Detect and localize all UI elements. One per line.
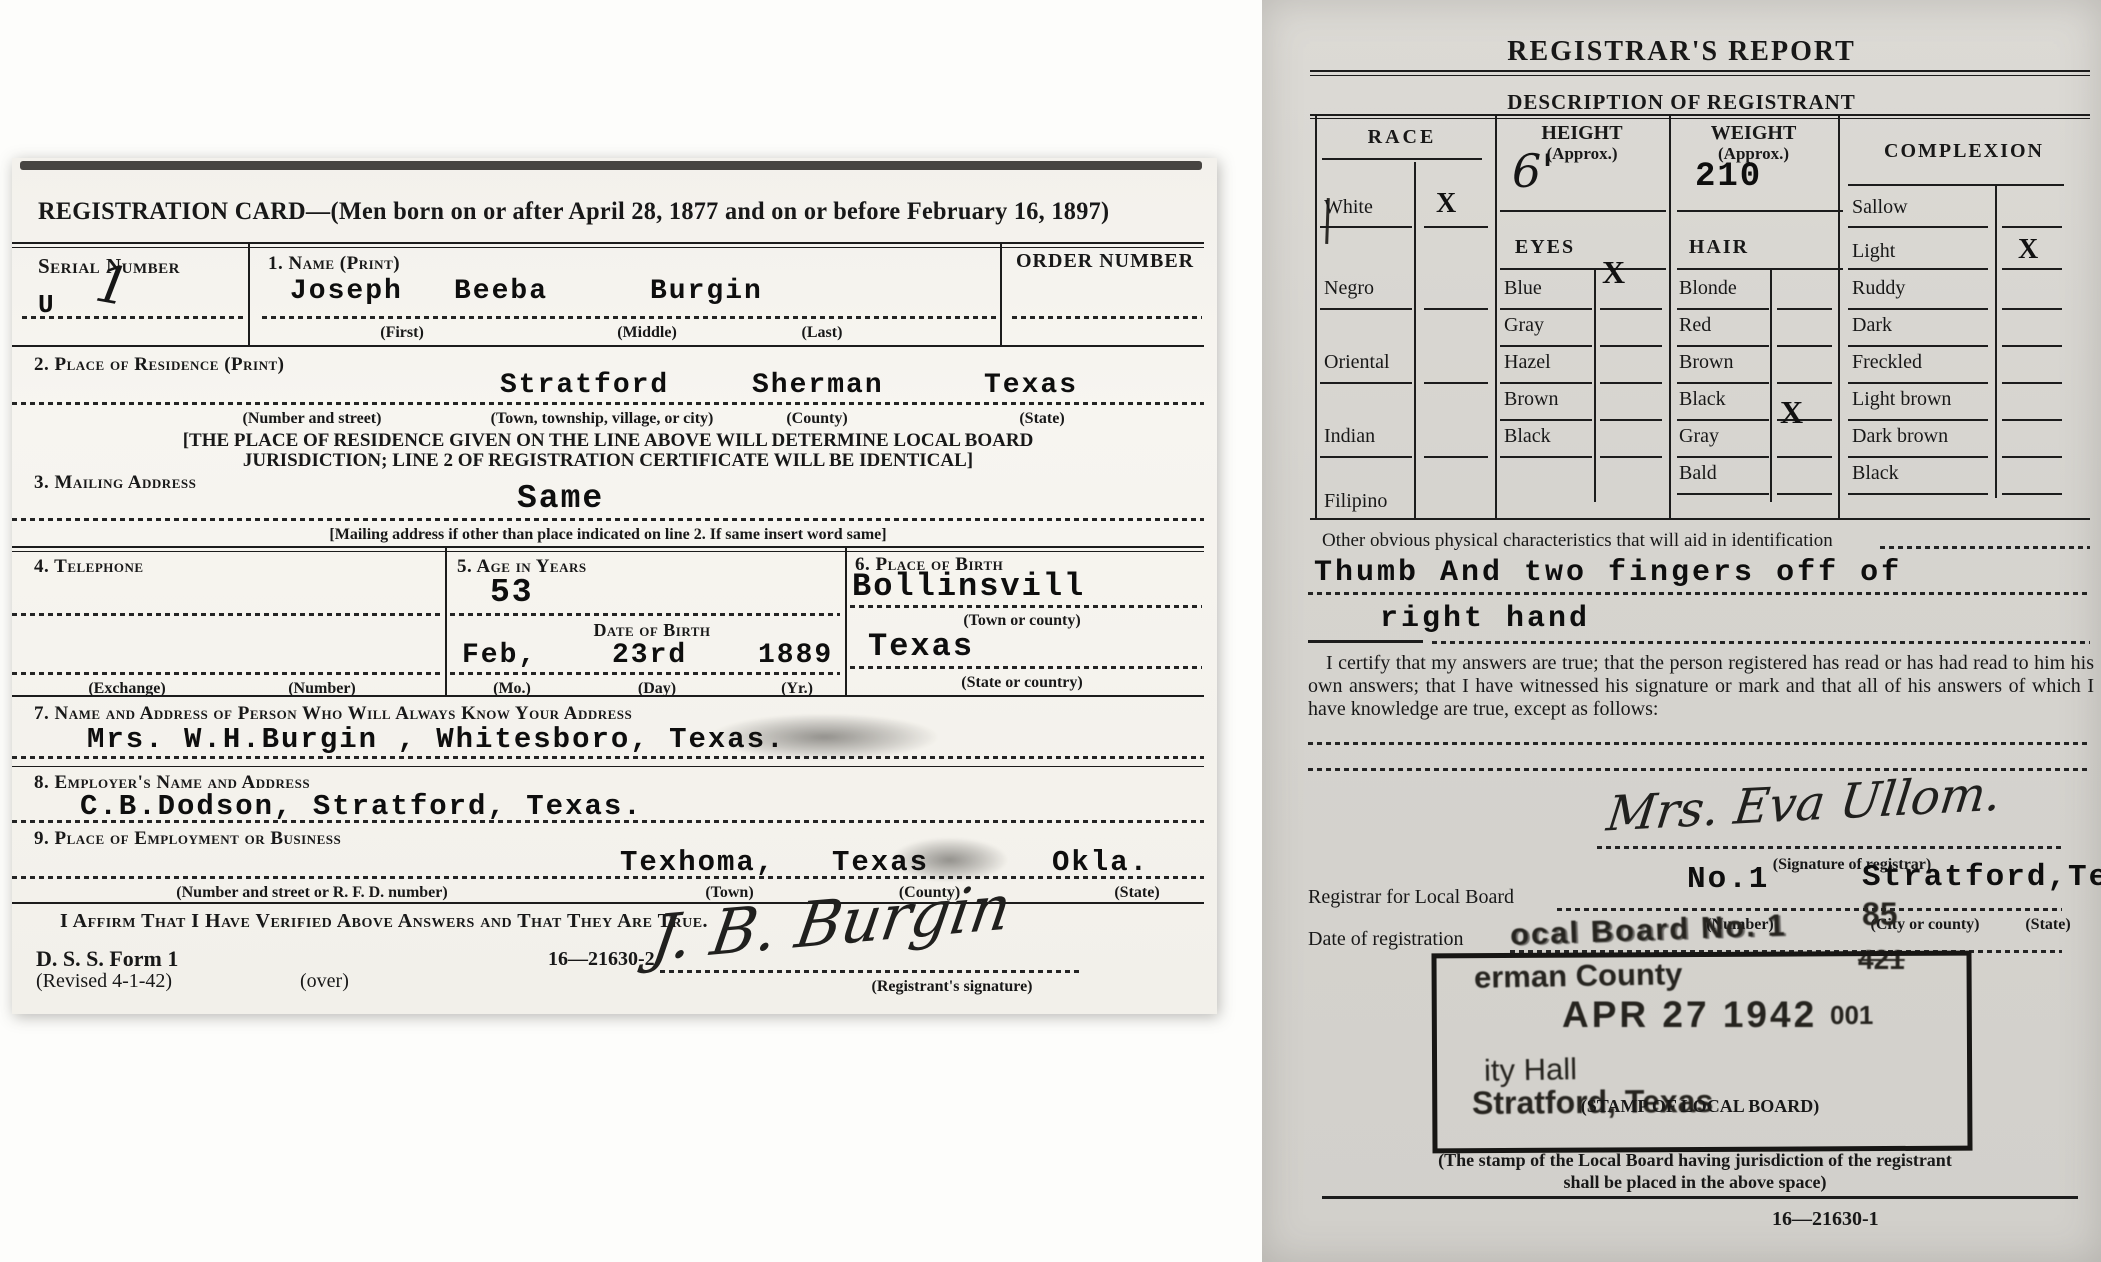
double-rule xyxy=(1310,70,2090,72)
cell-underline xyxy=(1777,456,1832,458)
registration-card: REGISTRATION CARD—(Men born on or after … xyxy=(12,158,1217,1014)
stamp-city-hall-line: ity Hall xyxy=(1484,1051,1578,1089)
weight-header: WEIGHT xyxy=(1669,122,1838,145)
mailing-sublabel: [Mailing address if other than place ind… xyxy=(12,526,1204,544)
race-mark-divider xyxy=(1414,162,1416,518)
cell-underline xyxy=(1848,308,1988,310)
cell-underline xyxy=(1677,493,1769,495)
eyes-row-black: Black xyxy=(1504,425,1551,448)
eyes-header-underline xyxy=(1500,268,1666,270)
double-rule xyxy=(12,546,1204,548)
dob-month-value: Feb, xyxy=(462,640,537,671)
table-bottom-rule xyxy=(1310,518,2090,520)
complexion-row-freckled: Freckled xyxy=(1852,351,1922,374)
row-rule xyxy=(12,345,1204,347)
dotted-rule xyxy=(12,613,440,616)
ink-smudge xyxy=(712,714,937,760)
cell-underline xyxy=(1848,382,1988,384)
mailing-address-value: Same xyxy=(517,480,604,517)
cell-underline xyxy=(1320,382,1412,384)
scanned-draft-card-page: REGISTRAR'S REPORT DESCRIPTION OF REGIST… xyxy=(0,0,2101,1262)
cell-underline xyxy=(1500,345,1592,347)
cell-underline xyxy=(2002,419,2062,421)
board-label: Registrar for Local Board xyxy=(1308,886,1514,909)
cell-underline xyxy=(1848,419,1988,421)
other-characteristics-line2: right hand xyxy=(1380,602,1590,636)
hair-row-bald: Bald xyxy=(1679,462,1717,485)
eyes-blue-checkmark: X xyxy=(1602,254,1625,291)
dotted-rule xyxy=(1308,742,2090,745)
dotted-rule xyxy=(12,876,1204,879)
cell-underline xyxy=(1848,226,1988,228)
cell-underline xyxy=(1848,456,1988,458)
eyes-row-hazel: Hazel xyxy=(1504,351,1551,374)
eyes-header: EYES xyxy=(1495,236,1595,259)
hair-row-gray: Gray xyxy=(1679,425,1719,448)
dotted-rule xyxy=(12,402,1204,405)
dotted-rule xyxy=(12,820,1204,823)
other-characteristics-line1: Thumb And two fingers off of xyxy=(1314,556,1902,590)
card-print-code: 16—21630-2 xyxy=(548,948,655,971)
employment-town-value: Texhoma, xyxy=(620,846,775,879)
cell-underline xyxy=(1848,493,1988,495)
complexion-row-ruddy: Ruddy xyxy=(1852,277,1905,300)
complexion-row-dark-brown: Dark brown xyxy=(1852,425,1948,448)
hair-row-red: Red xyxy=(1679,314,1711,337)
residence-state-value: Texas xyxy=(984,370,1078,401)
solid-rule xyxy=(1308,640,1423,643)
dotted-rule xyxy=(12,518,1204,521)
dotted-rule xyxy=(450,613,840,616)
table-top-rule xyxy=(1310,114,2090,116)
cell-underline xyxy=(2002,345,2062,347)
dotted-rule xyxy=(22,316,244,319)
cell-underline xyxy=(1600,382,1662,384)
cell-underline xyxy=(1424,382,1488,384)
eyes-row-gray: Gray xyxy=(1504,314,1544,337)
hair-row-brown: Brown xyxy=(1679,351,1733,374)
hair-gray-checkmark: X xyxy=(1780,394,1803,431)
cell-underline xyxy=(1777,308,1832,310)
dotted-rule xyxy=(1557,908,2062,911)
cell-underline xyxy=(1677,308,1769,310)
birthplace-sub-state: (State or country) xyxy=(882,674,1162,692)
cell-underline xyxy=(1677,456,1769,458)
over-note: (over) xyxy=(300,970,349,993)
column-divider xyxy=(248,242,250,345)
report-subtitle: DESCRIPTION OF REGISTRANT xyxy=(1262,90,2101,115)
dotted-rule xyxy=(12,672,440,675)
cell-underline xyxy=(1424,456,1488,458)
race-height-divider xyxy=(1495,114,1497,518)
registration-date-label: Date of registration xyxy=(1308,928,1464,951)
name-sub-middle: (Middle) xyxy=(587,324,707,342)
cell-underline xyxy=(1500,419,1592,421)
double-rule xyxy=(12,247,1204,248)
cell-underline xyxy=(1600,456,1662,458)
dotted-rule xyxy=(1880,546,2090,549)
cell-underline xyxy=(1677,419,1769,421)
residence-sub-town: (Town, township, village, or city) xyxy=(442,410,762,428)
dob-year-value: 1889 xyxy=(758,640,833,671)
weight-underline xyxy=(1677,210,1843,212)
bottom-rule xyxy=(1322,1196,2078,1199)
card-title: REGISTRATION CARD—(Men born on or after … xyxy=(38,198,1109,226)
dotted-rule xyxy=(450,672,840,675)
cell-underline xyxy=(1777,493,1832,495)
cell-underline xyxy=(1600,345,1662,347)
race-row-white: White xyxy=(1324,196,1373,219)
hair-mark-divider xyxy=(1770,270,1772,502)
race-row-indian: Indian xyxy=(1324,425,1375,448)
dotted-rule xyxy=(1308,592,2090,595)
complexion-mark-divider xyxy=(1995,186,1997,498)
weight-value: 210 xyxy=(1695,158,1762,196)
dotted-rule xyxy=(1597,846,2062,849)
dotted-rule xyxy=(1432,641,2090,644)
race-row-oriental: Oriental xyxy=(1324,351,1390,374)
board-number-value: No.1 xyxy=(1687,862,1769,897)
cell-underline xyxy=(1424,308,1488,310)
stamp-note-line2: shall be placed in the above space) xyxy=(1332,1172,2058,1193)
stamp-date: APR 27 1942 xyxy=(1562,994,1817,1036)
dotted-rule xyxy=(850,605,1202,608)
name-first-value: Joseph xyxy=(290,276,403,307)
cell-underline xyxy=(1677,382,1769,384)
employment-state-value: Okla. xyxy=(1052,846,1149,879)
complexion-header-underline xyxy=(1848,184,2064,186)
name-last-value: Burgin xyxy=(650,276,763,307)
name-sub-first: (First) xyxy=(352,324,452,342)
complexion-row-light-brown: Light brown xyxy=(1852,388,1951,411)
other-characteristics-label: Other obvious physical characteristics t… xyxy=(1322,530,1833,552)
row-rule xyxy=(12,766,1204,767)
dotted-rule xyxy=(262,316,998,319)
certification-text: I certify that my answers are true; that… xyxy=(1308,652,2094,721)
height-underline xyxy=(1500,210,1666,212)
complexion-row-sallow: Sallow xyxy=(1852,196,1908,219)
hair-header-underline xyxy=(1677,268,1843,270)
cell-underline xyxy=(1320,226,1412,228)
residence-county-value: Sherman xyxy=(752,370,884,401)
name-sub-last: (Last) xyxy=(772,324,872,342)
name-label: 1. Name (Print) xyxy=(268,253,400,275)
cell-underline xyxy=(2002,268,2062,270)
cell-underline xyxy=(2002,226,2062,228)
cell-underline xyxy=(1500,456,1592,458)
cell-underline xyxy=(2002,456,2062,458)
dotted-rule xyxy=(850,666,1202,669)
eyes-row-blue: Blue xyxy=(1504,277,1542,300)
column-divider xyxy=(1000,242,1002,345)
race-row-filipino: Filipino xyxy=(1324,490,1387,513)
order-number-label: ORDER NUMBER xyxy=(1016,250,1194,273)
board-city-state-value: Stratford,Texas xyxy=(1862,860,2101,895)
contact-label: 7. Name and Address of Person Who Will A… xyxy=(34,703,632,725)
residence-label: 2. Place of Residence (Print) xyxy=(34,354,284,376)
race-white-checkmark: X xyxy=(1436,188,1456,220)
name-middle-value: Beeba xyxy=(454,276,548,307)
cell-underline xyxy=(1320,308,1412,310)
weight-complexion-divider xyxy=(1838,114,1840,518)
employment-label: 9. Place of Employment or Business xyxy=(34,828,341,850)
cell-underline xyxy=(1600,419,1662,421)
birthplace-town-value: Bollinsvill xyxy=(852,568,1085,605)
cell-underline xyxy=(1848,345,1988,347)
registrars-report-card: REGISTRAR'S REPORT DESCRIPTION OF REGIST… xyxy=(1262,0,2101,1262)
double-rule xyxy=(1310,75,2090,76)
report-title: REGISTRAR'S REPORT xyxy=(1262,36,2101,68)
cell-underline xyxy=(1500,382,1592,384)
complexion-header: COMPLEXION xyxy=(1838,140,2090,163)
cell-underline xyxy=(2002,382,2062,384)
residence-sub-state: (State) xyxy=(987,410,1097,428)
board-sub-city: (City or county) xyxy=(1827,916,2023,934)
height-header: HEIGHT xyxy=(1495,122,1669,145)
dotted-rule xyxy=(1012,316,1202,319)
registrant-signature-sublabel: (Registrant's signature) xyxy=(822,978,1082,996)
cell-underline xyxy=(1500,308,1592,310)
residence-note-line2: JURISDICTION; LINE 2 OF REGISTRATION CER… xyxy=(12,450,1204,472)
dotted-rule xyxy=(660,970,1080,973)
employer-value: C.B.Dodson, Stratford, Texas. xyxy=(80,790,643,823)
complexion-light-checkmark: X xyxy=(2018,234,2038,266)
cell-underline xyxy=(1600,308,1662,310)
stamp-county-line: erman County xyxy=(1474,956,1683,996)
complexion-row-black: Black xyxy=(1852,462,1899,485)
telephone-label: 4. Telephone xyxy=(34,556,144,578)
residence-sub-street: (Number and street) xyxy=(207,410,417,428)
employment-sub-state: (State) xyxy=(1087,884,1187,902)
complexion-row-dark: Dark xyxy=(1852,314,1892,337)
age-value: 53 xyxy=(490,574,534,611)
residence-town-value: Stratford xyxy=(500,370,669,401)
height-value: 6' xyxy=(1512,144,1554,198)
cell-underline xyxy=(1777,345,1832,347)
column-divider xyxy=(445,548,447,696)
affirmation-text: I Affirm That I Have Verified Above Answ… xyxy=(60,910,708,933)
contact-value: Mrs. W.H.Burgin , Whitesboro, Texas. xyxy=(87,723,786,756)
cell-underline xyxy=(2002,308,2062,310)
dob-day-value: 23rd xyxy=(612,640,687,671)
hair-header: HAIR xyxy=(1669,236,1769,259)
form-number: D. S. S. Form 1 xyxy=(36,946,178,972)
stamp-serial-number: 001 xyxy=(1830,1000,1873,1031)
stamp-caption: (STAMP OF LOCAL BOARD) xyxy=(1515,1096,1885,1117)
cell-underline xyxy=(1677,345,1769,347)
cell-underline xyxy=(1424,226,1488,228)
table-top-rule xyxy=(1310,118,2090,119)
double-rule xyxy=(12,242,1204,244)
residence-note-line1: [THE PLACE OF RESIDENCE GIVEN ON THE LIN… xyxy=(12,430,1204,452)
mailing-address-label: 3. Mailing Address xyxy=(34,472,196,494)
cell-underline xyxy=(1777,382,1832,384)
race-row-negro: Negro xyxy=(1324,277,1374,300)
hair-row-blonde: Blonde xyxy=(1679,277,1737,300)
height-weight-divider xyxy=(1669,114,1671,518)
dotted-rule xyxy=(12,756,1204,759)
double-rule xyxy=(12,551,1204,552)
race-header: RACE xyxy=(1322,126,1482,149)
race-header-underline xyxy=(1322,158,1482,160)
report-print-code: 16—21630-1 xyxy=(1772,1208,1879,1231)
local-board-stamp-overprint: ocal Board No. 1 xyxy=(1509,907,1787,953)
number-85: 85 xyxy=(1862,896,1898,933)
card-top-edge xyxy=(20,161,1202,170)
table-border-left xyxy=(1315,114,1317,518)
dob-label: Date of Birth xyxy=(472,620,832,641)
row-rule xyxy=(12,695,1204,697)
residence-sub-county: (County) xyxy=(757,410,877,428)
birthplace-state-value: Texas xyxy=(868,628,974,665)
row-rule xyxy=(12,902,1204,904)
eyes-mark-divider xyxy=(1594,270,1596,502)
complexion-row-light: Light xyxy=(1852,240,1895,263)
stamp-note-line1: (The stamp of the Local Board having jur… xyxy=(1332,1150,2058,1171)
column-divider xyxy=(845,548,847,696)
board-sub-state: (State) xyxy=(2004,916,2092,934)
form-revision: (Revised 4-1-42) xyxy=(36,970,172,993)
cell-underline xyxy=(2002,493,2062,495)
registrar-signature: Mrs. Eva Ullom. xyxy=(1604,765,2004,842)
cell-underline xyxy=(1848,268,1988,270)
employment-sub-street: (Number and street or R. F. D. number) xyxy=(162,884,462,902)
eyes-row-brown: Brown xyxy=(1504,388,1558,411)
hair-row-black: Black xyxy=(1679,388,1726,411)
cell-underline xyxy=(1320,456,1412,458)
